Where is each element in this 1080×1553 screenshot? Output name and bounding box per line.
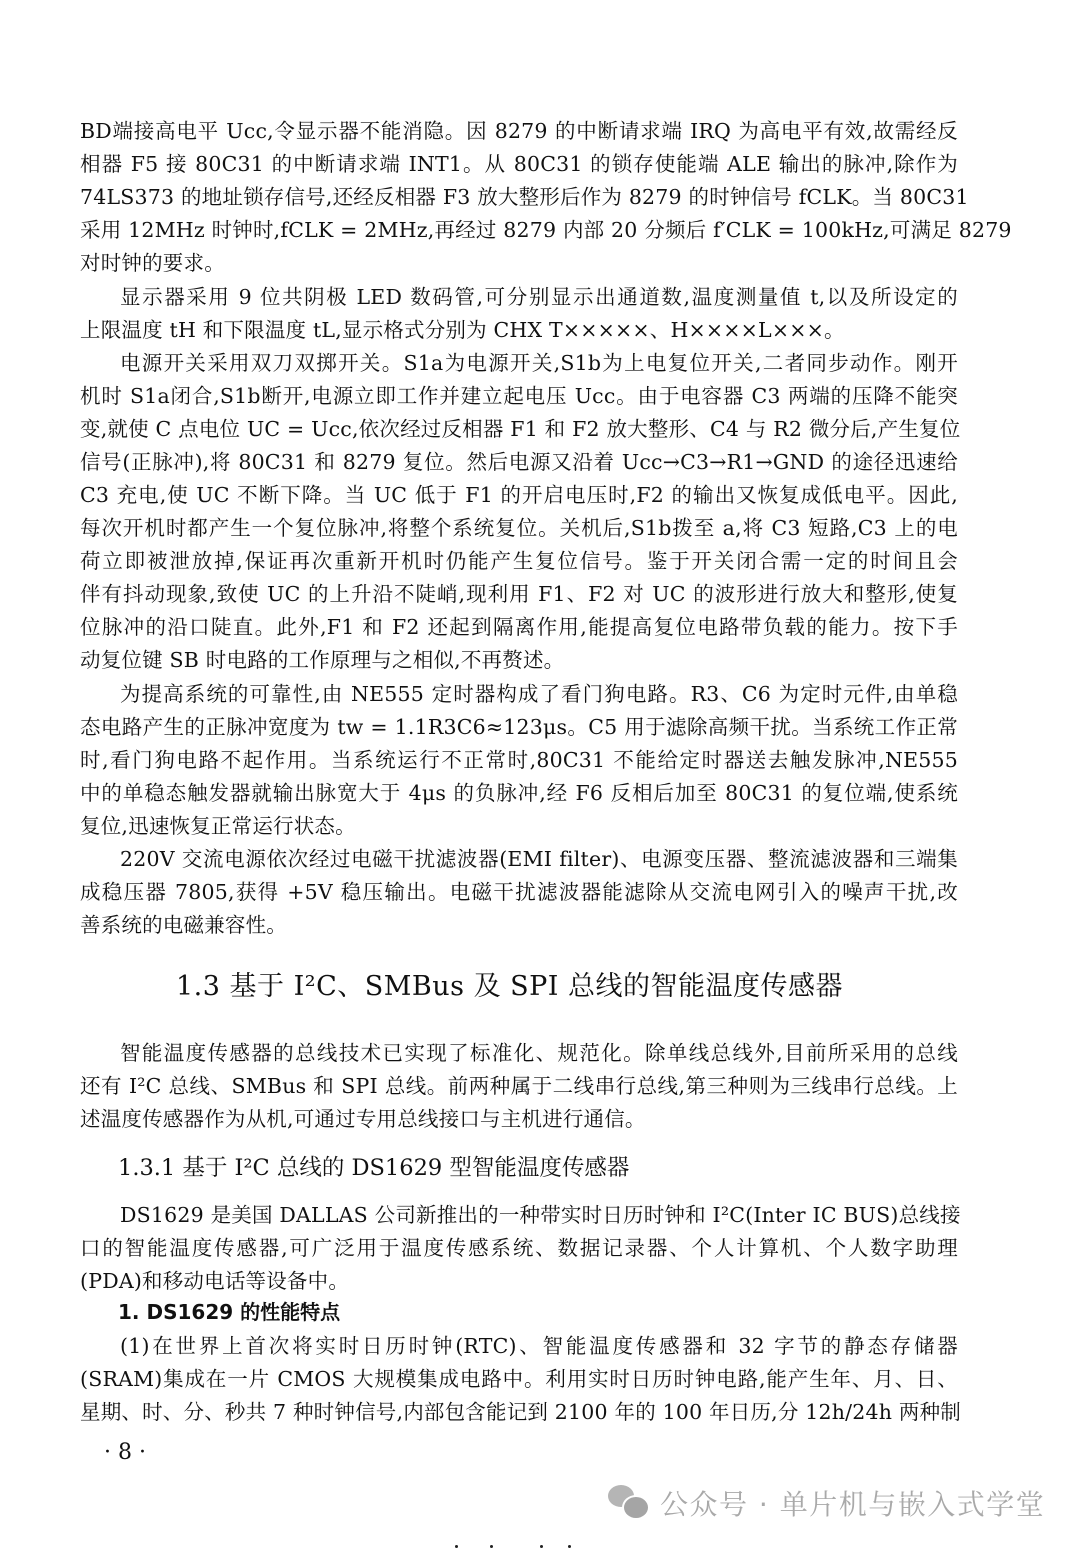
scan-mark	[540, 1545, 543, 1548]
paragraph-4-line-1: 为提高系统的可靠性,由 NE555 定时器构成了看门狗电路。R3、C6 为定时元…	[120, 678, 958, 711]
subsection-intro-line-1: DS1629 是美国 DALLAS 公司新推出的一种带实时日历时钟和 I²C(I…	[120, 1199, 958, 1232]
paragraph-4-line-3: 时,看门狗电路不起作用。当系统运行不正常时,80C31 不能给定时器送去触发脉冲…	[80, 744, 958, 777]
scan-mark	[490, 1545, 493, 1548]
paragraph-3-line-9: 位脉冲的沿口陡直。此外,F1 和 F2 还起到隔离作用,能提高复位电路带负载的能…	[80, 611, 958, 644]
paragraph-1-line-5: 对时钟的要求。	[80, 247, 958, 280]
feature-1-line-1: (1)在世界上首次将实时日历时钟(RTC)、智能温度传感器和 32 字节的静态存…	[120, 1330, 958, 1363]
paragraph-4-line-2: 态电路产生的正脉冲宽度为 tw = 1.1R3C6≈123μs。C5 用于滤除高…	[80, 711, 958, 744]
feature-1-line-3: 星期、时、分、秒共 7 种时钟信号,内部包含能记到 2100 年的 100 年日…	[80, 1396, 958, 1429]
paragraph-1-line-4: 采用 12MHz 时钟时,fCLK = 2MHz,再经过 8279 内部 20 …	[80, 214, 958, 247]
paragraph-3-line-1: 电源开关采用双刀双掷开关。S1a为电源开关,S1b为上电复位开关,二者同步动作。…	[120, 347, 958, 380]
paragraph-3-line-10: 动复位键 SB 时电路的工作原理与之相似,不再赘述。	[80, 644, 958, 677]
wechat-icon	[608, 1485, 650, 1521]
section-intro-line-3: 述温度传感器作为从机,可通过专用总线接口与主机进行通信。	[80, 1103, 958, 1136]
page-number: · 8 ·	[104, 1438, 146, 1468]
subsection-intro-line-2: 口的智能温度传感器,可广泛用于温度传感系统、数据记录器、个人计算机、个人数字助理	[80, 1232, 958, 1265]
subsection-heading: 1.3.1 基于 I²C 总线的 DS1629 型智能温度传感器	[118, 1150, 629, 1186]
paragraph-1-line-3: 74LS373 的地址锁存信号,还经反相器 F3 放大整形后作为 8279 的时…	[80, 181, 958, 214]
scan-mark	[568, 1545, 571, 1548]
section-intro-line-1: 智能温度传感器的总线技术已实现了标准化、规范化。除单线总线外,目前所采用的总线	[120, 1037, 958, 1070]
paragraph-5-line-1: 220V 交流电源依次经过电磁干扰滤波器(EMI filter)、电源变压器、整…	[120, 843, 958, 876]
paragraph-5-line-3: 善系统的电磁兼容性。	[80, 909, 958, 942]
paragraph-3-line-6: 每次开机时都产生一个复位脉冲,将整个系统复位。关机后,S1b拨至 a,将 C3 …	[80, 512, 958, 545]
paragraph-2-line-1: 显示器采用 9 位共阴极 LED 数码管,可分别显示出通道数,温度测量值 t,以…	[120, 281, 958, 314]
paragraph-3-line-8: 伴有抖动现象,致使 UC 的上升沿不陡峭,现利用 F1、F2 对 UC 的波形进…	[80, 578, 958, 611]
document-page: BD端接高电平 Ucc,令显示器不能消隐。因 8279 的中断请求端 IRQ 为…	[0, 0, 1080, 1553]
section-heading: 1.3 基于 I²C、SMBus 及 SPI 总线的智能温度传感器	[176, 967, 843, 1007]
section-intro-line-2: 还有 I²C 总线、SMBus 和 SPI 总线。前两种属于二线串行总线,第三种…	[80, 1070, 958, 1103]
scan-mark	[455, 1545, 458, 1548]
paragraph-3-line-4: 信号(正脉冲),将 80C31 和 8279 复位。然后电源又沿着 Ucc→C3…	[80, 446, 958, 479]
paragraph-1-line-2: 相器 F5 接 80C31 的中断请求端 INT1。从 80C31 的锁存使能端…	[80, 148, 958, 181]
paragraph-4-line-5: 复位,迅速恢复正常运行状态。	[80, 810, 958, 843]
paragraph-5-line-2: 成稳压器 7805,获得 +5V 稳压输出。电磁干扰滤波器能滤除从交流电网引入的…	[80, 876, 958, 909]
watermark-text: 公众号 · 单片机与嵌入式学堂	[660, 1483, 1045, 1523]
feature-1-line-2: (SRAM)集成在一片 CMOS 大规模集成电路中。利用实时日历时钟电路,能产生…	[80, 1363, 958, 1396]
paragraph-1-line-1: BD端接高电平 Ucc,令显示器不能消隐。因 8279 的中断请求端 IRQ 为…	[80, 115, 958, 148]
paragraph-3-line-5: C3 充电,使 UC 不断下降。当 UC 低于 F1 的开启电压时,F2 的输出…	[80, 479, 958, 512]
feature-heading: 1. DS1629 的性能特点	[118, 1296, 340, 1328]
paragraph-3-line-2: 机时 S1a闭合,S1b断开,电源立即工作并建立起电压 Ucc。由于电容器 C3…	[80, 380, 958, 413]
paragraph-4-line-4: 中的单稳态触发器就输出脉宽大于 4μs 的负脉冲,经 F6 反相后加至 80C3…	[80, 777, 958, 810]
watermark: 公众号 · 单片机与嵌入式学堂	[608, 1483, 1045, 1523]
subsection-intro-line-3: (PDA)和移动电话等设备中。	[80, 1265, 958, 1298]
paragraph-2-line-2: 上限温度 tH 和下限温度 tL,显示格式分别为 CHX T×××××、H×××…	[80, 314, 958, 347]
paragraph-3-line-3: 变,就使 C 点电位 UC = Ucc,依次经过反相器 F1 和 F2 放大整形…	[80, 413, 958, 446]
paragraph-3-line-7: 荷立即被泄放掉,保证再次重新开机时仍能产生复位信号。鉴于开关闭合需一定的时间且会	[80, 545, 958, 578]
